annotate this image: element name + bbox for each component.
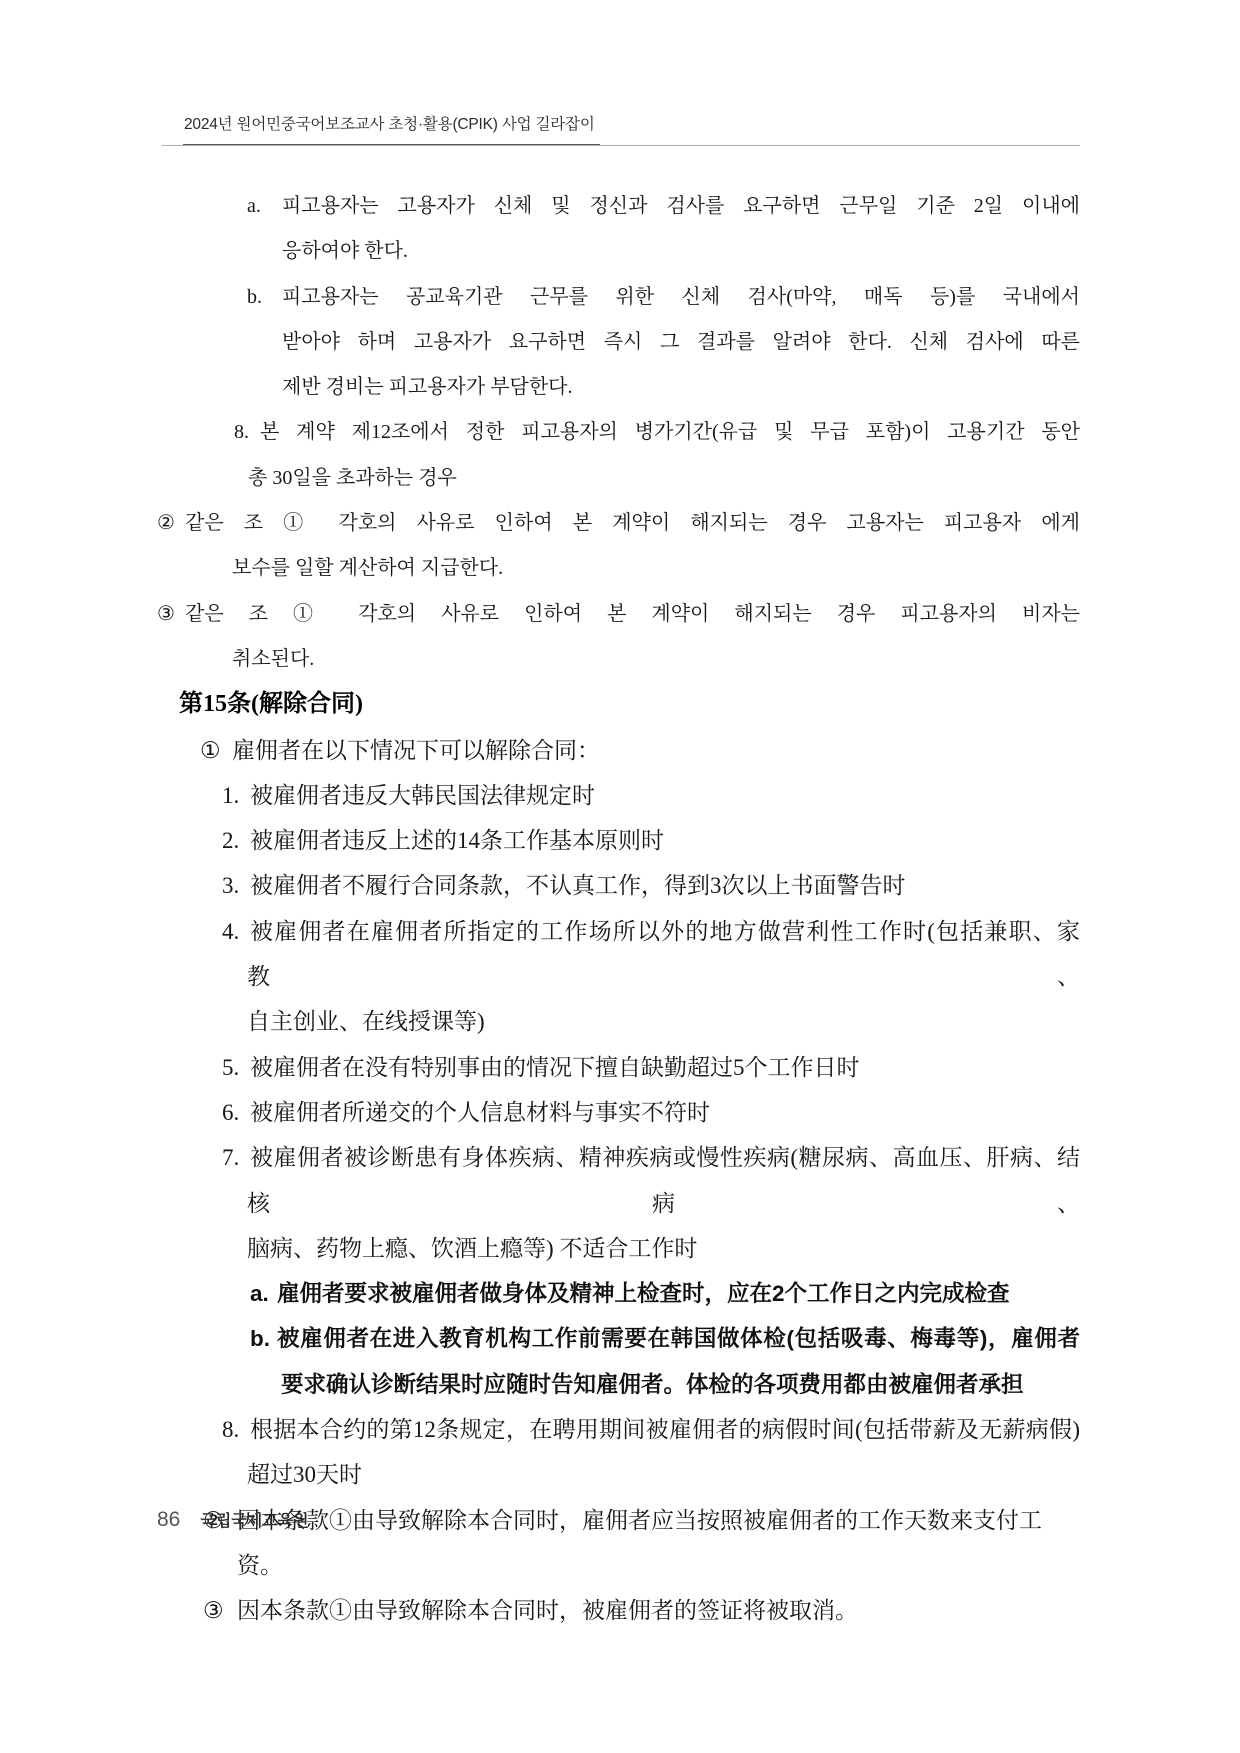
text-line: 응하여야 한다. (282, 229, 1080, 274)
text-line: 총 30일을 초과하는 경우 (248, 456, 1080, 501)
text-line: 因本条款①由导致解除本合同时，被雇佣者的签证将被取消。 (237, 1588, 1080, 1633)
list-item-marker: ③ (157, 592, 175, 637)
text-line: 피고용자는 공교육기관 근무를 위한 신체 검사(마약, 매독 등)를 국내에서 (282, 275, 1080, 320)
text-line: 같은 조 ① 각호의 사유로 인하여 본 계약이 해지되는 경우 피고용자의 비… (232, 592, 1080, 637)
text-line: 본 계약 제12조에서 정한 피고용자의 병가기간(유급 및 무급 포함)이 고… (248, 410, 1080, 455)
list-item: ③因本条款①由导致解除本合同时，被雇佣者的签证将被取消。 (155, 1588, 1080, 1633)
header-rule (162, 145, 1080, 146)
list-item: ①雇佣者在以下情况下可以解除合同： (155, 728, 1080, 773)
text-line: 要求确认诊断结果时应随时告知雇佣者。体检的各项费用都由被雇佣者承担 (281, 1362, 1080, 1407)
text-line: 제반 경비는 피고용자가 부담한다. (282, 365, 1080, 410)
list-item-marker: 2. (222, 818, 239, 863)
list-item: 8.본 계약 제12조에서 정한 피고용자의 병가기간(유급 및 무급 포함)이… (155, 410, 1080, 501)
text-line: 自主创业、在线授课等) (247, 999, 1080, 1044)
document-page: 2024년 원어민중국어보조교사 초청·활용(CPIK) 사업 길라잡이 a.피… (0, 0, 1240, 1753)
list-item-marker: ① (200, 728, 221, 773)
list-item-marker: 7. (222, 1135, 239, 1180)
text-line: 雇佣者要求被雇佣者做身体及精神上检查时，应在2个工作日之内完成检查 (281, 1271, 1080, 1316)
list-item-marker: a. (250, 1271, 269, 1316)
list-item-marker: 8. (222, 1407, 239, 1452)
section-heading: 第15条(解除合同) (155, 682, 1080, 727)
list-item-marker: 3. (222, 863, 239, 908)
text-line: 보수를 일할 계산하여 지급한다. (232, 546, 1080, 591)
list-item: a.雇佣者要求被雇佣者做身体及精神上检查时，应在2个工作日之内完成检查 (155, 1271, 1080, 1316)
institution-name: 국립국제교육원 (200, 1508, 308, 1531)
list-item-marker: 4. (222, 909, 239, 954)
list-item: b.피고용자는 공교육기관 근무를 위한 신체 검사(마약, 매독 등)를 국내… (155, 275, 1080, 411)
list-item-marker: ③ (203, 1588, 224, 1633)
text-line: 被雇佣者不履行合同条款，不认真工作，得到3次以上书面警告时 (247, 863, 1080, 908)
list-item-marker: b. (247, 275, 262, 320)
text-line: 피고용자는 고용자가 신체 및 정신과 검사를 요구하면 근무일 기준 2일 이… (282, 184, 1080, 229)
list-item: 5.被雇佣者在没有特别事由的情况下擅自缺勤超过5个工作日时 (155, 1045, 1080, 1090)
document-body: a.피고용자는 고용자가 신체 및 정신과 검사를 요구하면 근무일 기준 2일… (155, 184, 1080, 1634)
list-item-marker: 6. (222, 1090, 239, 1135)
list-item: ②같은 조 ① 각호의 사유로 인하여 본 계약이 해지되는 경우 고용자는 피… (155, 501, 1080, 592)
text-line: 被雇佣者违反上述的14条工作基本原则时 (247, 818, 1080, 863)
page-header: 2024년 원어민중국어보조교사 초청·활용(CPIK) 사업 길라잡이 (162, 112, 1080, 146)
list-item: b.被雇佣者在进入教育机构工作前需要在韩国做体检(包括吸毒、梅毒等)，雇佣者要求… (155, 1316, 1080, 1407)
list-item-marker: ② (157, 501, 175, 546)
list-item: 6.被雇佣者所递交的个人信息材料与事实不符时 (155, 1090, 1080, 1135)
text-line: 被雇佣者在没有特别事由的情况下擅自缺勤超过5个工作日时 (247, 1045, 1080, 1090)
list-item: 2.被雇佣者违反上述的14条工作基本原则时 (155, 818, 1080, 863)
list-item: ③같은 조 ① 각호의 사유로 인하여 본 계약이 해지되는 경우 피고용자의 … (155, 592, 1080, 683)
text-line: 因本条款①由导致解除本合同时，雇佣者应当按照被雇佣者的工作天数来支付工资。 (237, 1498, 1080, 1589)
text-line: 雇佣者在以下情况下可以解除合同： (232, 728, 1080, 773)
list-item-marker: 8. (234, 410, 249, 455)
list-item: a.피고용자는 고용자가 신체 및 정신과 검사를 요구하면 근무일 기준 2일… (155, 184, 1080, 275)
list-item: 7.被雇佣者被诊断患有身体疾病、精神疾病或慢性疾病(糖尿病、高血压、肝病、结核病… (155, 1135, 1080, 1271)
text-line: 被雇佣者所递交的个人信息材料与事实不符时 (247, 1090, 1080, 1135)
text-line: 被雇佣者违反大韩民国法律规定时 (247, 773, 1080, 818)
list-item-marker: a. (247, 184, 261, 229)
text-line: 被雇佣者被诊断患有身体疾病、精神疾病或慢性疾病(糖尿病、高血压、肝病、结核病、 (247, 1135, 1080, 1226)
page-number: 86 (157, 1508, 180, 1532)
list-item: 4.被雇佣者在雇佣者所指定的工作场所以外的地方做营利性工作时(包括兼职、家教、自… (155, 909, 1080, 1045)
text-line: 취소된다. (232, 637, 1080, 682)
list-item-marker: 5. (222, 1045, 239, 1090)
page-footer: 86 국립국제교육원 (157, 1508, 309, 1532)
text-line: 根据本合约的第12条规定，在聘用期间被雇佣者的病假时间(包括带薪及无薪病假) (247, 1407, 1080, 1452)
text-line: 被雇佣者在雇佣者所指定的工作场所以外的地方做营利性工作时(包括兼职、家教、 (247, 909, 1080, 1000)
text-line: 脑病、药物上瘾、饮酒上瘾等) 不适合工作时 (247, 1226, 1080, 1271)
list-item: 3.被雇佣者不履行合同条款，不认真工作，得到3次以上书面警告时 (155, 863, 1080, 908)
list-item-marker: b. (250, 1316, 270, 1361)
header-title: 2024년 원어민중국어보조교사 초청·활용(CPIK) 사업 길라잡이 (183, 112, 600, 146)
list-item: 1.被雇佣者违反大韩民国法律规定时 (155, 773, 1080, 818)
list-item: 8.根据本合约的第12条规定，在聘用期间被雇佣者的病假时间(包括带薪及无薪病假)… (155, 1407, 1080, 1498)
text-line: 같은 조 ① 각호의 사유로 인하여 본 계약이 해지되는 경우 고용자는 피고… (232, 501, 1080, 546)
text-line: 被雇佣者在进入教育机构工作前需要在韩国做体检(包括吸毒、梅毒等)，雇佣者 (281, 1316, 1080, 1361)
list-item-marker: 1. (222, 773, 239, 818)
text-line: 받아야 하며 고용자가 요구하면 즉시 그 결과를 알려야 한다. 신체 검사에… (282, 320, 1080, 365)
text-line: 超过30天时 (247, 1452, 1080, 1497)
